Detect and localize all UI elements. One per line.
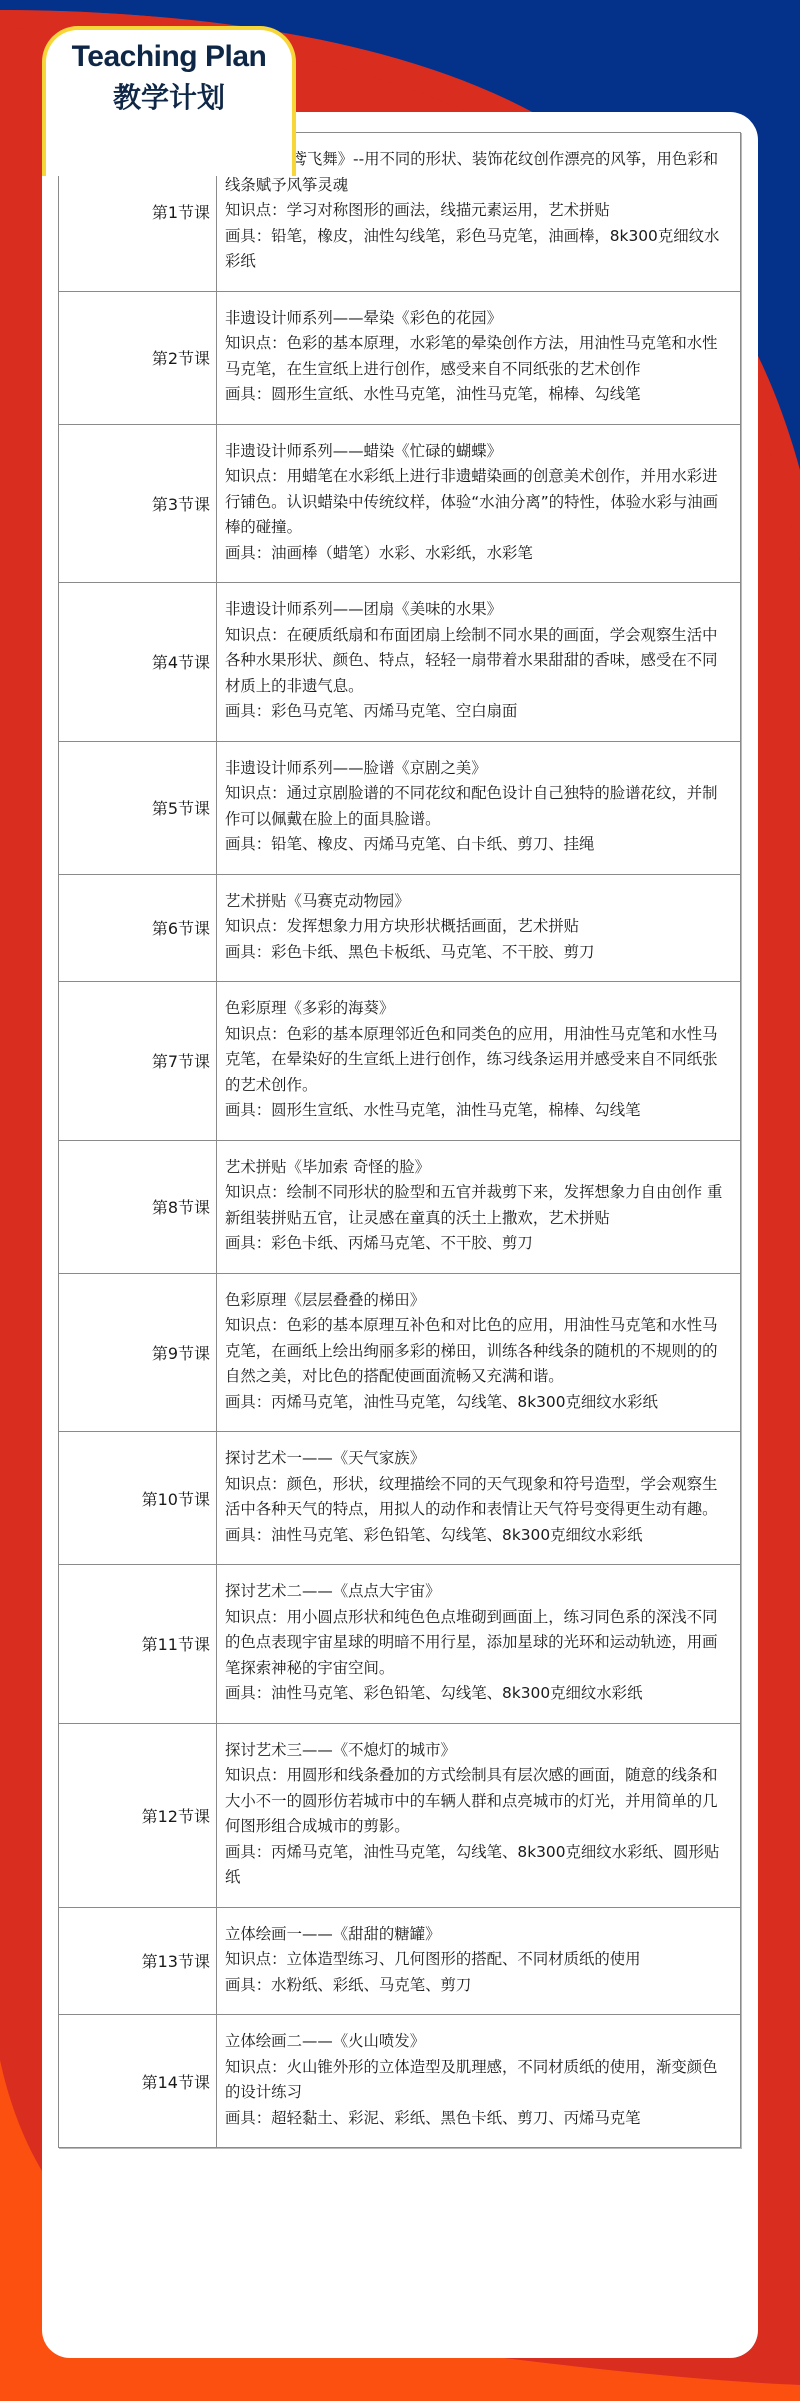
lesson-materials: 画具：圆形生宣纸、水性马克笔，油性马克笔，棉棒、勾线笔 xyxy=(225,382,732,408)
lesson-materials: 画具：丙烯马克笔，油性马克笔，勾线笔、8k300克细纹水彩纸、圆形贴纸 xyxy=(225,1840,732,1891)
lesson-title: 探讨艺术二——《点点大宇宙》 xyxy=(225,1579,732,1605)
table-row: 第10节课 探讨艺术一——《天气家族》 知识点：颜色，形状，纹理描绘不同的天气现… xyxy=(59,1432,741,1565)
lesson-title: 立体绘画一——《甜甜的糖罐》 xyxy=(225,1922,732,1948)
lesson-title: 艺术拼贴《毕加索 奇怪的脸》 xyxy=(225,1155,732,1181)
lesson-materials: 画具：油性马克笔、彩色铅笔、勾线笔、8k300克细纹水彩纸 xyxy=(225,1681,732,1707)
lesson-title: 色彩原理《多彩的海葵》 xyxy=(225,996,732,1022)
lesson-materials: 画具：水粉纸、彩纸、马克笔、剪刀 xyxy=(225,1973,732,1999)
lesson-content: 非遗设计师系列——蜡染《忙碌的蝴蝶》 知识点：用蜡笔在水彩纸上进行非遗蜡染画的创… xyxy=(217,424,741,583)
table-row: 第4节课 非遗设计师系列——团扇《美味的水果》 知识点：在硬质纸扇和布面团扇上绘… xyxy=(59,583,741,742)
lesson-materials: 画具：油画棒（蜡笔）水彩、水彩纸，水彩笔 xyxy=(225,541,732,567)
table-row: 第3节课 非遗设计师系列——蜡染《忙碌的蝴蝶》 知识点：用蜡笔在水彩纸上进行非遗… xyxy=(59,424,741,583)
lesson-label: 第14节课 xyxy=(59,2015,217,2148)
lesson-knowledge: 知识点：色彩的基本原理邻近色和同类色的应用，用油性马克笔和水性马克笔，在晕染好的… xyxy=(225,1022,732,1099)
lesson-title: 非遗设计师系列——团扇《美味的水果》 xyxy=(225,597,732,623)
lesson-knowledge: 知识点：绘制不同形状的脸型和五官并裁剪下来，发挥想象力自由创作 重新组装拼贴五官… xyxy=(225,1180,732,1231)
lesson-content: 立体绘画一——《甜甜的糖罐》 知识点：立体造型练习、几何图形的搭配、不同材质纸的… xyxy=(217,1907,741,2015)
lesson-materials: 画具：彩色卡纸、黑色卡板纸、马克笔、不干胶、剪刀 xyxy=(225,940,732,966)
table-row: 第2节课 非遗设计师系列——晕染《彩色的花园》 知识点：色彩的基本原理，水彩笔的… xyxy=(59,291,741,424)
table-row: 第9节课 色彩原理《层层叠叠的梯田》 知识点：色彩的基本原理互补色和对比色的应用… xyxy=(59,1273,741,1432)
lesson-knowledge: 知识点：色彩的基本原理互补色和对比色的应用，用油性马克笔和水性马克笔，在画纸上绘… xyxy=(225,1313,732,1390)
lesson-knowledge: 知识点：用蜡笔在水彩纸上进行非遗蜡染画的创意美术创作，并用水彩进行铺色。认识蜡染… xyxy=(225,464,732,541)
page-title-zh: 教学计划 xyxy=(46,78,292,118)
lesson-label: 第8节课 xyxy=(59,1140,217,1273)
lesson-label: 第12节课 xyxy=(59,1723,217,1907)
table-row: 第11节课 探讨艺术二——《点点大宇宙》 知识点：用小圆点形状和纯色色点堆砌到画… xyxy=(59,1565,741,1724)
lesson-knowledge: 知识点：颜色，形状，纹理描绘不同的天气现象和符号造型，学会观察生活中各种天气的特… xyxy=(225,1472,732,1523)
lesson-knowledge: 知识点：立体造型练习、几何图形的搭配、不同材质纸的使用 xyxy=(225,1947,732,1973)
lesson-knowledge: 知识点：学习对称图形的画法，线描元素运用，艺术拼贴 xyxy=(225,198,732,224)
lesson-title: 立体绘画二——《火山喷发》 xyxy=(225,2029,732,2055)
lesson-knowledge: 知识点：在硬质纸扇和布面团扇上绘制不同水果的画面，学会观察生活中各种水果形状、颜… xyxy=(225,623,732,700)
lesson-materials: 画具：彩色马克笔、丙烯马克笔、空白扇面 xyxy=(225,699,732,725)
page-title-en: Teaching Plan xyxy=(46,38,292,76)
lesson-knowledge: 知识点：用小圆点形状和纯色色点堆砌到画面上，练习同色系的深浅不同的色点表现宇宙星… xyxy=(225,1605,732,1682)
table-row: 第14节课 立体绘画二——《火山喷发》 知识点：火山锥外形的立体造型及肌理感，不… xyxy=(59,2015,741,2148)
table-row: 第13节课 立体绘画一——《甜甜的糖罐》 知识点：立体造型练习、几何图形的搭配、… xyxy=(59,1907,741,2015)
lesson-knowledge: 知识点：发挥想象力用方块形状概括画面，艺术拼贴 xyxy=(225,914,732,940)
lesson-materials: 画具：铅笔、橡皮、丙烯马克笔、白卡纸、剪刀、挂绳 xyxy=(225,832,732,858)
lesson-title: 非遗设计师系列——晕染《彩色的花园》 xyxy=(225,306,732,332)
lesson-content: 非遗设计师系列——晕染《彩色的花园》 知识点：色彩的基本原理，水彩笔的晕染创作方… xyxy=(217,291,741,424)
lesson-label: 第10节课 xyxy=(59,1432,217,1565)
lesson-title: 色彩原理《层层叠叠的梯田》 xyxy=(225,1288,732,1314)
lesson-materials: 画具：彩色卡纸、丙烯马克笔、不干胶、剪刀 xyxy=(225,1231,732,1257)
lesson-content: 探讨艺术三——《不熄灯的城市》 知识点：用圆形和线条叠加的方式绘制具有层次感的画… xyxy=(217,1723,741,1907)
lesson-label: 第4节课 xyxy=(59,583,217,742)
lesson-knowledge: 知识点：通过京剧脸谱的不同花纹和配色设计自己独特的脸谱花纹，并制作可以佩戴在脸上… xyxy=(225,781,732,832)
lesson-label: 第7节课 xyxy=(59,982,217,1141)
lesson-label: 第13节课 xyxy=(59,1907,217,2015)
lesson-title: 探讨艺术三——《不熄灯的城市》 xyxy=(225,1738,732,1764)
lesson-label: 第9节课 xyxy=(59,1273,217,1432)
teaching-plan-card: 第1节课 形状 《纸鸢飞舞》--用不同的形状、装饰花纹创作漂亮的风筝，用色彩和线… xyxy=(42,112,758,2358)
lesson-content: 探讨艺术一——《天气家族》 知识点：颜色，形状，纹理描绘不同的天气现象和符号造型… xyxy=(217,1432,741,1565)
lesson-content: 色彩原理《层层叠叠的梯田》 知识点：色彩的基本原理互补色和对比色的应用，用油性马… xyxy=(217,1273,741,1432)
lesson-content: 非遗设计师系列——脸谱《京剧之美》 知识点：通过京剧脸谱的不同花纹和配色设计自己… xyxy=(217,741,741,874)
lesson-label: 第2节课 xyxy=(59,291,217,424)
lesson-title: 艺术拼贴《马赛克动物园》 xyxy=(225,889,732,915)
lesson-title: 探讨艺术一——《天气家族》 xyxy=(225,1446,732,1472)
lesson-materials: 画具：丙烯马克笔，油性马克笔，勾线笔、8k300克细纹水彩纸 xyxy=(225,1390,732,1416)
table-row: 第7节课 色彩原理《多彩的海葵》 知识点：色彩的基本原理邻近色和同类色的应用，用… xyxy=(59,982,741,1141)
lesson-title: 形状 《纸鸢飞舞》--用不同的形状、装饰花纹创作漂亮的风筝，用色彩和线条赋予风筝… xyxy=(225,147,732,198)
lesson-content: 立体绘画二——《火山喷发》 知识点：火山锥外形的立体造型及肌理感，不同材质纸的使… xyxy=(217,2015,741,2148)
table-row: 第12节课 探讨艺术三——《不熄灯的城市》 知识点：用圆形和线条叠加的方式绘制具… xyxy=(59,1723,741,1907)
lesson-materials: 画具：超轻黏土、彩泥、彩纸、黑色卡纸、剪刀、丙烯马克笔 xyxy=(225,2106,732,2132)
table-row: 第6节课 艺术拼贴《马赛克动物园》 知识点：发挥想象力用方块形状概括画面，艺术拼… xyxy=(59,874,741,982)
table-row: 第8节课 艺术拼贴《毕加索 奇怪的脸》 知识点：绘制不同形状的脸型和五官并裁剪下… xyxy=(59,1140,741,1273)
lesson-label: 第6节课 xyxy=(59,874,217,982)
table-row: 第5节课 非遗设计师系列——脸谱《京剧之美》 知识点：通过京剧脸谱的不同花纹和配… xyxy=(59,741,741,874)
lesson-label: 第5节课 xyxy=(59,741,217,874)
lesson-knowledge: 知识点：色彩的基本原理，水彩笔的晕染创作方法，用油性马克笔和水性马克笔，在生宣纸… xyxy=(225,331,732,382)
lesson-content: 艺术拼贴《毕加索 奇怪的脸》 知识点：绘制不同形状的脸型和五官并裁剪下来，发挥想… xyxy=(217,1140,741,1273)
title-tab: Teaching Plan 教学计划 xyxy=(42,26,296,176)
lesson-content: 色彩原理《多彩的海葵》 知识点：色彩的基本原理邻近色和同类色的应用，用油性马克笔… xyxy=(217,982,741,1141)
lesson-content: 非遗设计师系列——团扇《美味的水果》 知识点：在硬质纸扇和布面团扇上绘制不同水果… xyxy=(217,583,741,742)
lesson-materials: 画具：铅笔，橡皮，油性勾线笔，彩色马克笔，油画棒，8k300克细纹水彩纸 xyxy=(225,224,732,275)
lesson-materials: 画具：圆形生宣纸、水性马克笔，油性马克笔，棉棒、勾线笔 xyxy=(225,1098,732,1124)
lesson-content: 艺术拼贴《马赛克动物园》 知识点：发挥想象力用方块形状概括画面，艺术拼贴 画具：… xyxy=(217,874,741,982)
lesson-label: 第3节课 xyxy=(59,424,217,583)
lesson-title: 非遗设计师系列——蜡染《忙碌的蝴蝶》 xyxy=(225,439,732,465)
lesson-table: 第1节课 形状 《纸鸢飞舞》--用不同的形状、装饰花纹创作漂亮的风筝，用色彩和线… xyxy=(58,132,741,2148)
lesson-label: 第11节课 xyxy=(59,1565,217,1724)
lesson-knowledge: 知识点：火山锥外形的立体造型及肌理感，不同材质纸的使用，渐变颜色的设计练习 xyxy=(225,2055,732,2106)
lesson-knowledge: 知识点：用圆形和线条叠加的方式绘制具有层次感的画面，随意的线条和大小不一的圆形仿… xyxy=(225,1763,732,1840)
lesson-title: 非遗设计师系列——脸谱《京剧之美》 xyxy=(225,756,732,782)
lesson-materials: 画具：油性马克笔、彩色铅笔、勾线笔、8k300克细纹水彩纸 xyxy=(225,1523,732,1549)
lesson-content: 探讨艺术二——《点点大宇宙》 知识点：用小圆点形状和纯色色点堆砌到画面上，练习同… xyxy=(217,1565,741,1724)
